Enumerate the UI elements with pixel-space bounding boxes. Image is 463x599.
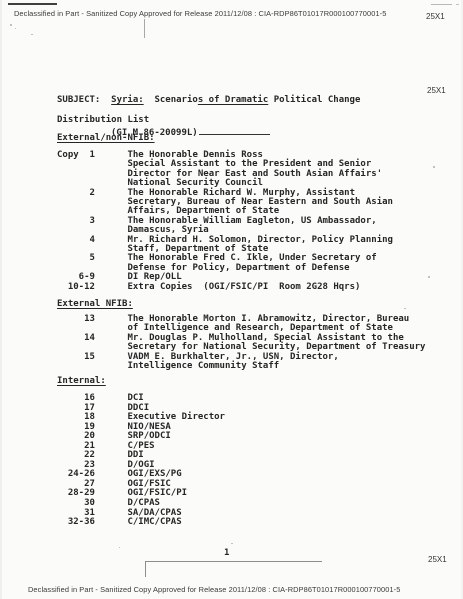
scan-dash-mark [431, 4, 452, 5]
scan-dash-mark [456, 4, 459, 5]
scan-noise [31, 34, 33, 35]
scan-noise [10, 24, 12, 26]
subject-label: SUBJECT: [57, 95, 100, 105]
declassification-footer: Declassified in Part - Sanitized Copy Ap… [28, 585, 400, 594]
subject-title-underlined: s of Dramatic [198, 95, 268, 105]
classification-marking-subject: 25X1 [427, 86, 446, 95]
section-label-internal: Internal: [57, 376, 106, 386]
scan-edge-rule [8, 3, 57, 5]
scanned-document-page: { "document": { "declassification_header… [0, 0, 463, 599]
distribution-list-heading: Distribution List [57, 115, 149, 125]
declassification-header: Declassified in Part - Sanitized Copy Ap… [14, 9, 386, 18]
page-number: 1 [224, 548, 229, 558]
scan-noise [119, 547, 120, 548]
section-label-external-non-nfib: External/non-NFIB: [57, 133, 155, 143]
classification-marking-bottom: 25X1 [428, 555, 447, 564]
scan-noise [231, 543, 233, 544]
classification-marking-top: 25X1 [426, 12, 445, 21]
fold-line-top [144, 19, 145, 38]
scan-noise [404, 308, 406, 309]
scan-left-edge [0, 0, 2, 599]
subject-title-scenario: Scenario [154, 95, 197, 105]
scan-noise [433, 166, 435, 168]
redaction-blank-underline [199, 126, 270, 135]
subject-title-syria: Syria: [111, 95, 144, 105]
internal-distribution-list: 16 DCI 17 DDCI 18 Executive Director 19 … [57, 394, 225, 528]
page-footer-rule-horizontal [145, 561, 322, 562]
copy-distribution-list: Copy 1 The Honorable Dennis Ross Special… [57, 151, 393, 292]
section-label-external-nfib: External NFIB: [57, 299, 133, 309]
subject-title-rest: Political Change [268, 95, 360, 105]
external-nfib-distribution-list: 13 The Honorable Morton I. Abramowitz, D… [57, 315, 425, 371]
subject-line-1: SUBJECT:Syria:Scenarios of Dramatic Poli… [57, 96, 360, 106]
scan-noise [15, 28, 16, 29]
page-footer-rule-vertical [145, 561, 146, 577]
scan-noise [428, 276, 430, 278]
